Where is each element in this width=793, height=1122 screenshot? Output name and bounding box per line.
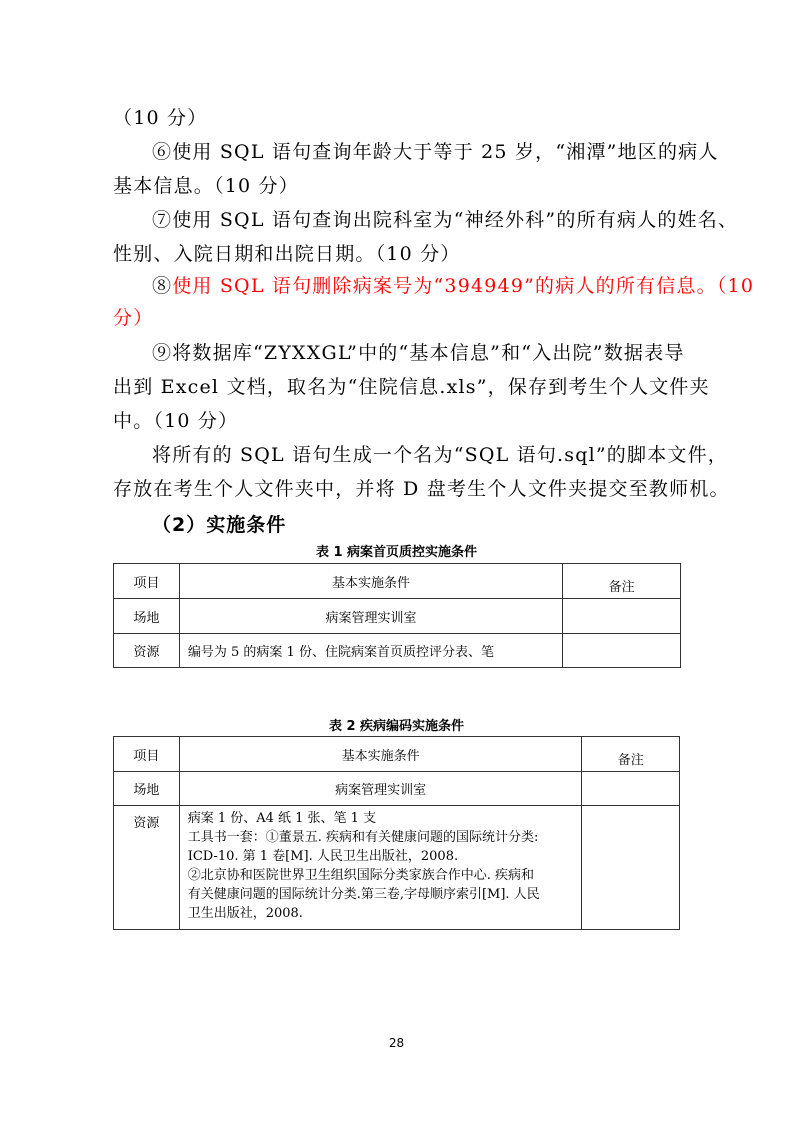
table2-header-item: 项目: [114, 737, 180, 772]
table2-row1-condition: 病案管理实训室: [179, 772, 582, 806]
table-row: 场地 病案管理实训室: [114, 772, 680, 806]
table2: 项目 基本实施条件 备注 场地 病案管理实训室 资源 病案 1 份、A4 纸 1…: [113, 736, 680, 930]
table2-header-note: 备注: [582, 737, 680, 772]
body-line-11: 将所有的 SQL 语句生成一个名为“SQL 语句.sql”的脚本文件，: [152, 444, 728, 466]
item-6-text: 使用 SQL 语句查询年龄大于等于 25 岁，“湘潭”地区的病人: [172, 141, 718, 163]
resource-line-5: 有关健康问题的国际统计分类.第三卷,字母顺序索引[M]. 人民: [188, 885, 574, 904]
body-line-7: 分）: [113, 307, 153, 329]
body-line-5: 性别、入院日期和出院日期。（10 分）: [113, 243, 461, 265]
table1-row1-item: 场地: [114, 599, 180, 634]
item-6: ⑥使用 SQL 语句查询年龄大于等于 25 岁，“湘潭”地区的病人: [152, 141, 719, 163]
resource-line-1: 病案 1 份、A4 纸 1 张、笔 1 支: [188, 809, 574, 828]
body-line-9: 出到 Excel 文档，取名为“住院信息.xls”，保存到考生个人文件夹: [113, 376, 710, 398]
table-row: 资源 编号为 5 的病案 1 份、住院病案首页质控评分表、笔: [114, 634, 681, 668]
body-line-1: （10 分）: [113, 107, 207, 129]
table1-row2-note: [563, 634, 681, 668]
table1-caption: 表 1 病案首页质控实施条件: [0, 541, 793, 560]
resource-line-4: ②北京协和医院世界卫生组织国际分类家族合作中心. 疾病和: [188, 866, 574, 885]
table2-row1-item: 场地: [114, 772, 180, 806]
table1-row1-note: [563, 599, 681, 634]
body-line-12: 存放在考生个人文件夹中，并将 D 盘考生个人文件夹提交至教师机。: [113, 478, 730, 500]
table-row: 场地 病案管理实训室: [114, 599, 681, 634]
table2-row2-condition: 病案 1 份、A4 纸 1 张、笔 1 支 工具书一套：①董景五. 疾病和有关健…: [179, 806, 582, 930]
circled-number-9: ⑨: [152, 342, 172, 364]
table2-row2-item: 资源: [114, 806, 180, 930]
resource-line-3: ICD-10. 第 1 卷[M]. 人民卫生出版社，2008.: [188, 847, 574, 866]
table2-header-row: 项目 基本实施条件 备注: [114, 737, 680, 772]
item-8-text: 使用 SQL 语句删除病案号为“394949”的病人的所有信息。（10: [172, 275, 754, 297]
resource-line-2: 工具书一套：①董景五. 疾病和有关健康问题的国际统计分类:: [188, 828, 574, 847]
table1: 项目 基本实施条件 备注 场地 病案管理实训室 资源 编号为 5 的病案 1 份…: [113, 563, 681, 668]
table2-row2-note: [582, 806, 680, 930]
circled-number-7: ⑦: [152, 209, 172, 231]
circled-number-8: ⑧: [152, 275, 172, 297]
resource-line-6: 卫生出版社，2008.: [188, 904, 574, 923]
body-line-3: 基本信息。（10 分）: [113, 175, 299, 197]
item-7-text: 使用 SQL 语句查询出院科室为“神经外科”的所有病人的姓名、: [172, 209, 738, 231]
table-row: 资源 病案 1 份、A4 纸 1 张、笔 1 支 工具书一套：①董景五. 疾病和…: [114, 806, 680, 930]
page-number: 28: [0, 1036, 793, 1050]
table1-header-row: 项目 基本实施条件 备注: [114, 564, 681, 599]
table1-header-condition: 基本实施条件: [179, 564, 562, 599]
section-heading: （2）实施条件: [152, 510, 286, 537]
item-7: ⑦使用 SQL 语句查询出院科室为“神经外科”的所有病人的姓名、: [152, 209, 738, 231]
item-9: ⑨将数据库“ZYXXGL”中的“基本信息”和“入出院”数据表导: [152, 342, 685, 364]
table2-caption: 表 2 疾病编码实施条件: [0, 715, 793, 734]
table2-row1-note: [582, 772, 680, 806]
table1-row2-condition: 编号为 5 的病案 1 份、住院病案首页质控评分表、笔: [179, 634, 562, 668]
table1-row2-item: 资源: [114, 634, 180, 668]
table1-header-item: 项目: [114, 564, 180, 599]
circled-number-6: ⑥: [152, 141, 172, 163]
table1-header-note: 备注: [563, 564, 681, 599]
table2-header-condition: 基本实施条件: [179, 737, 582, 772]
document-page: （10 分） ⑥使用 SQL 语句查询年龄大于等于 25 岁，“湘潭”地区的病人…: [0, 0, 793, 1122]
body-line-10: 中。（10 分）: [113, 410, 238, 432]
table1-row1-condition: 病案管理实训室: [179, 599, 562, 634]
item-8: ⑧使用 SQL 语句删除病案号为“394949”的病人的所有信息。（10: [152, 275, 754, 297]
item-9-text: 将数据库“ZYXXGL”中的“基本信息”和“入出院”数据表导: [172, 342, 684, 364]
